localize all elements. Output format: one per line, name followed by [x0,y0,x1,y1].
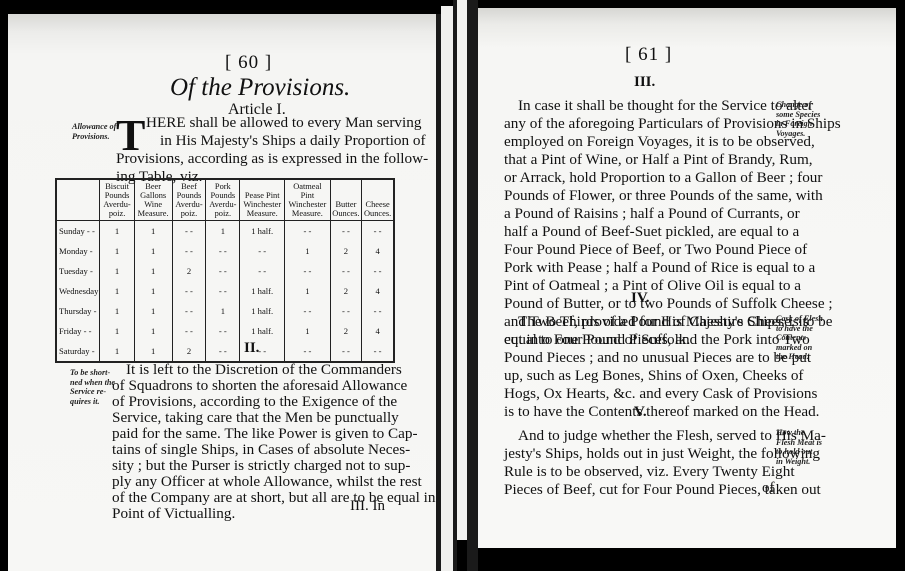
header-oatmeal: Oatmeal Pint Winchester Measure. [285,179,330,221]
table-row: Thursday - 1 1 - - 1 1 half. - - - - - - [56,301,394,321]
text-line: sity ; but the Purser is strictly charge… [112,458,392,474]
table-cell: 1 [134,321,172,341]
margin-note-line: Flesh Meat is [776,438,822,448]
margin-note-line: How the [776,428,822,438]
table-cell: 1 [134,261,172,281]
text-line: HERE shall be allowed to every Man servi… [146,114,390,132]
table-row: Monday - 1 1 - - - - - - 1 2 4 [56,241,394,261]
table-cell: - - [285,261,330,281]
table-cell: - - [172,321,206,341]
margin-note-change: Change of some Species in Foreign Voyage… [776,100,820,138]
gutter-shadow [453,0,457,571]
section-number: IV. [631,290,650,307]
table-cell: 4 [362,281,394,301]
table-cell: 1 [100,321,134,341]
table-cell: - - [240,261,285,281]
margin-note-line: some Species [776,110,820,120]
text-line: Pounds of Flower, or three Pounds of the… [504,187,770,205]
table-cell: - - [172,221,206,242]
gutter-shadow [436,14,441,571]
page-number: [ 60 ] [225,52,272,74]
text-line: of Provisions, according to the Exigence… [112,394,392,410]
margin-note-line: Change of [776,100,820,110]
table-cell: - - [206,321,240,341]
page-edge [441,6,453,571]
text-line: in His Majesty's Ships a daily Proportio… [146,132,390,150]
text-line: And to judge whether the Flesh, served t… [504,427,770,445]
table-cell: 4 [362,241,394,261]
table-cell: 1 [134,221,172,242]
text-line: ply any Officer at whole Allowance, whil… [112,474,392,490]
margin-note-shorten: To be short- ned when the Service re- qu… [70,368,115,406]
table-cell: 2 [172,341,206,362]
day-cell: Monday - [56,241,100,261]
table-cell: - - [285,301,330,321]
header-pease: Pease Pint Winchester Measure. [240,179,285,221]
gutter-shadow [467,0,478,571]
table-cell: - - [240,241,285,261]
table-cell: 4 [362,321,394,341]
text-line: half a Pound of Beef-Suet pickled, are e… [504,223,770,241]
text-line: a Pound of Raisins ; half a Pound of Cur… [504,205,770,223]
table-cell: 1 [134,241,172,261]
text-line: Pork with Pease ; half a Pound of Rice i… [504,259,770,277]
header-butter: Butter Ounces. [330,179,362,221]
margin-note-line: Allowance of [72,122,116,132]
table-header-row: Biscuit Pounds Averdu-poiz. Beer Gallons… [56,179,394,221]
table-cell: - - [330,301,362,321]
text-line: Four Pound Piece of Beef, or Two Pound P… [504,241,770,259]
table-cell: 1 [134,281,172,301]
table-row: Friday - - 1 1 - - - - 1 half. 1 2 4 [56,321,394,341]
text-line: jesty's Ships, holds out in just Weight,… [504,445,770,463]
table-cell: 1 [285,281,330,301]
table-cell: - - [330,341,362,362]
table-cell: 1 [285,241,330,261]
section3-text: In case it shall be thought for the Serv… [504,97,770,349]
margin-note-line: marked on [776,343,823,353]
table-cell: 1 [100,341,134,362]
text-line: tains of single Ships, in Cases of absol… [112,442,392,458]
margin-note-line: Contents [776,333,823,343]
header-beer: Beer Gallons Wine Measure. [134,179,172,221]
table-row: Wednesday 1 1 - - - - 1 half. 1 2 4 [56,281,394,301]
page-edge [457,0,467,540]
text-line: of Squadrons to shorten the aforesaid Al… [112,378,392,394]
table-cell: - - [172,241,206,261]
margin-note-line: To be short- [70,368,115,378]
text-line: It is left to the Discretion of the Comm… [112,362,392,378]
table-cell: 1 [100,261,134,281]
table-cell: 2 [172,261,206,281]
table-cell: - - [172,301,206,321]
table-cell: - - [362,301,394,321]
text-line: up, such as Leg Bones, Shins of Oxen, Ch… [504,367,770,385]
table-cell: 1 half. [240,301,285,321]
section-number: V. [634,404,647,421]
day-cell: Sunday - - [56,221,100,242]
table-cell: 2 [330,281,362,301]
table-cell: 1 [134,341,172,362]
table-cell: - - [285,341,330,362]
page-number: [ 61 ] [625,44,672,66]
section5-text: And to judge whether the Flesh, served t… [504,427,770,499]
margin-note-line: Cask of Flesh [776,314,823,324]
text-line: Pound Pieces ; and no unusual Pieces are… [504,349,770,367]
table-cell: 1 [100,281,134,301]
table-cell: - - [285,221,330,242]
table-cell: 1 half. [240,281,285,301]
margin-note-line: to have the [776,324,823,334]
table-cell: - - [362,261,394,281]
provisions-table: Biscuit Pounds Averdu-poiz. Beer Gallons… [55,178,395,363]
margin-note-flesh: How the Flesh Meat is to hold out in Wei… [776,428,822,466]
day-cell: Thursday - [56,301,100,321]
header-beef: Beef Pounds Averdu-poiz. [172,179,206,221]
table-cell: - - [206,261,240,281]
margin-note-line: Provisions. [72,132,116,142]
day-cell: Saturday - [56,341,100,362]
text-line: Hogs, Ox Hearts, &c. and every Cask of P… [504,385,770,403]
table-cell: - - [362,221,394,242]
table-cell: - - [330,261,362,281]
day-cell: Wednesday [56,281,100,301]
text-line: Rule is to be observed, viz. Every Twent… [504,463,770,481]
text-line: In case it shall be thought for the Serv… [504,97,770,115]
table-cell: - - [330,221,362,242]
day-cell: Tuesday - [56,261,100,281]
text-line: The Beef, provided for His Majesty's Shi… [504,313,770,331]
article1-text-top: HERE shall be allowed to every Man servi… [146,114,390,150]
text-line: employed on Foreign Voyages, it is to be… [504,133,770,151]
margin-note-line: ned when the [70,378,115,388]
section-number: III. [634,74,655,91]
margin-note-line: in Weight. [776,457,822,467]
table-cell: 1 [134,301,172,321]
table-cell: 1 [100,241,134,261]
text-line: any of the aforegoing Particulars of Pro… [504,115,770,133]
text-line: Pieces of Beef, cut for Four Pound Piece… [504,481,770,499]
header-pork: Pork Pounds Averdu-poiz. [206,179,240,221]
table-cell: 2 [330,241,362,261]
text-line: Service, taking care that the Men be pun… [112,410,392,426]
table-cell: 1 [206,221,240,242]
table-cell: 1 [100,301,134,321]
day-cell: Friday - - [56,321,100,341]
table-cell: 2 [330,321,362,341]
margin-note-line: in Foreign [776,119,820,129]
margin-note-allowance: Allowance of Provisions. [72,122,116,141]
table-cell: 1 half. [240,321,285,341]
table-cell: - - [362,341,394,362]
text-line: Provisions, according as is expressed in… [116,150,390,168]
margin-note-line: to hold out [776,447,822,457]
table-cell: - - [172,281,206,301]
table-cell: - - [206,241,240,261]
text-line: cut into Four Pound Pieces, and the Pork… [504,331,770,349]
table-cell: 1 [285,321,330,341]
table-row: Sunday - - 1 1 - - 1 1 half. - - - - - - [56,221,394,242]
margin-note-line: Voyages. [776,129,820,139]
table-row: Saturday - 1 1 2 - - - - - - - - - - [56,341,394,362]
table-cell: 1 [206,301,240,321]
margin-note-line: Service re- [70,387,115,397]
table-row: Tuesday - 1 1 2 - - - - - - - - - - [56,261,394,281]
catchword: III. In [350,498,385,515]
section-number: II. [244,340,259,357]
margin-note-line: the Head. [776,352,823,362]
table-cell: 1 [100,221,134,242]
header-day [56,179,100,221]
text-line: paid for the same. The like Power is giv… [112,426,392,442]
chapter-title: Of the Provisions. [170,74,350,102]
table-cell: 1 half. [240,221,285,242]
margin-note-line: quires it. [70,397,115,407]
text-line: that a Pint of Wine, or Half a Pint of B… [504,151,770,169]
margin-note-cask: Cask of Flesh to have the Contents marke… [776,314,823,362]
text-line: or Arrack, hold Proportion to a Gallon o… [504,169,770,187]
table-cell: - - [206,281,240,301]
header-biscuit: Biscuit Pounds Averdu-poiz. [100,179,134,221]
header-cheese: Cheese Ounces. [362,179,394,221]
table-cell: - - [206,341,240,362]
catchword: of [762,480,775,497]
